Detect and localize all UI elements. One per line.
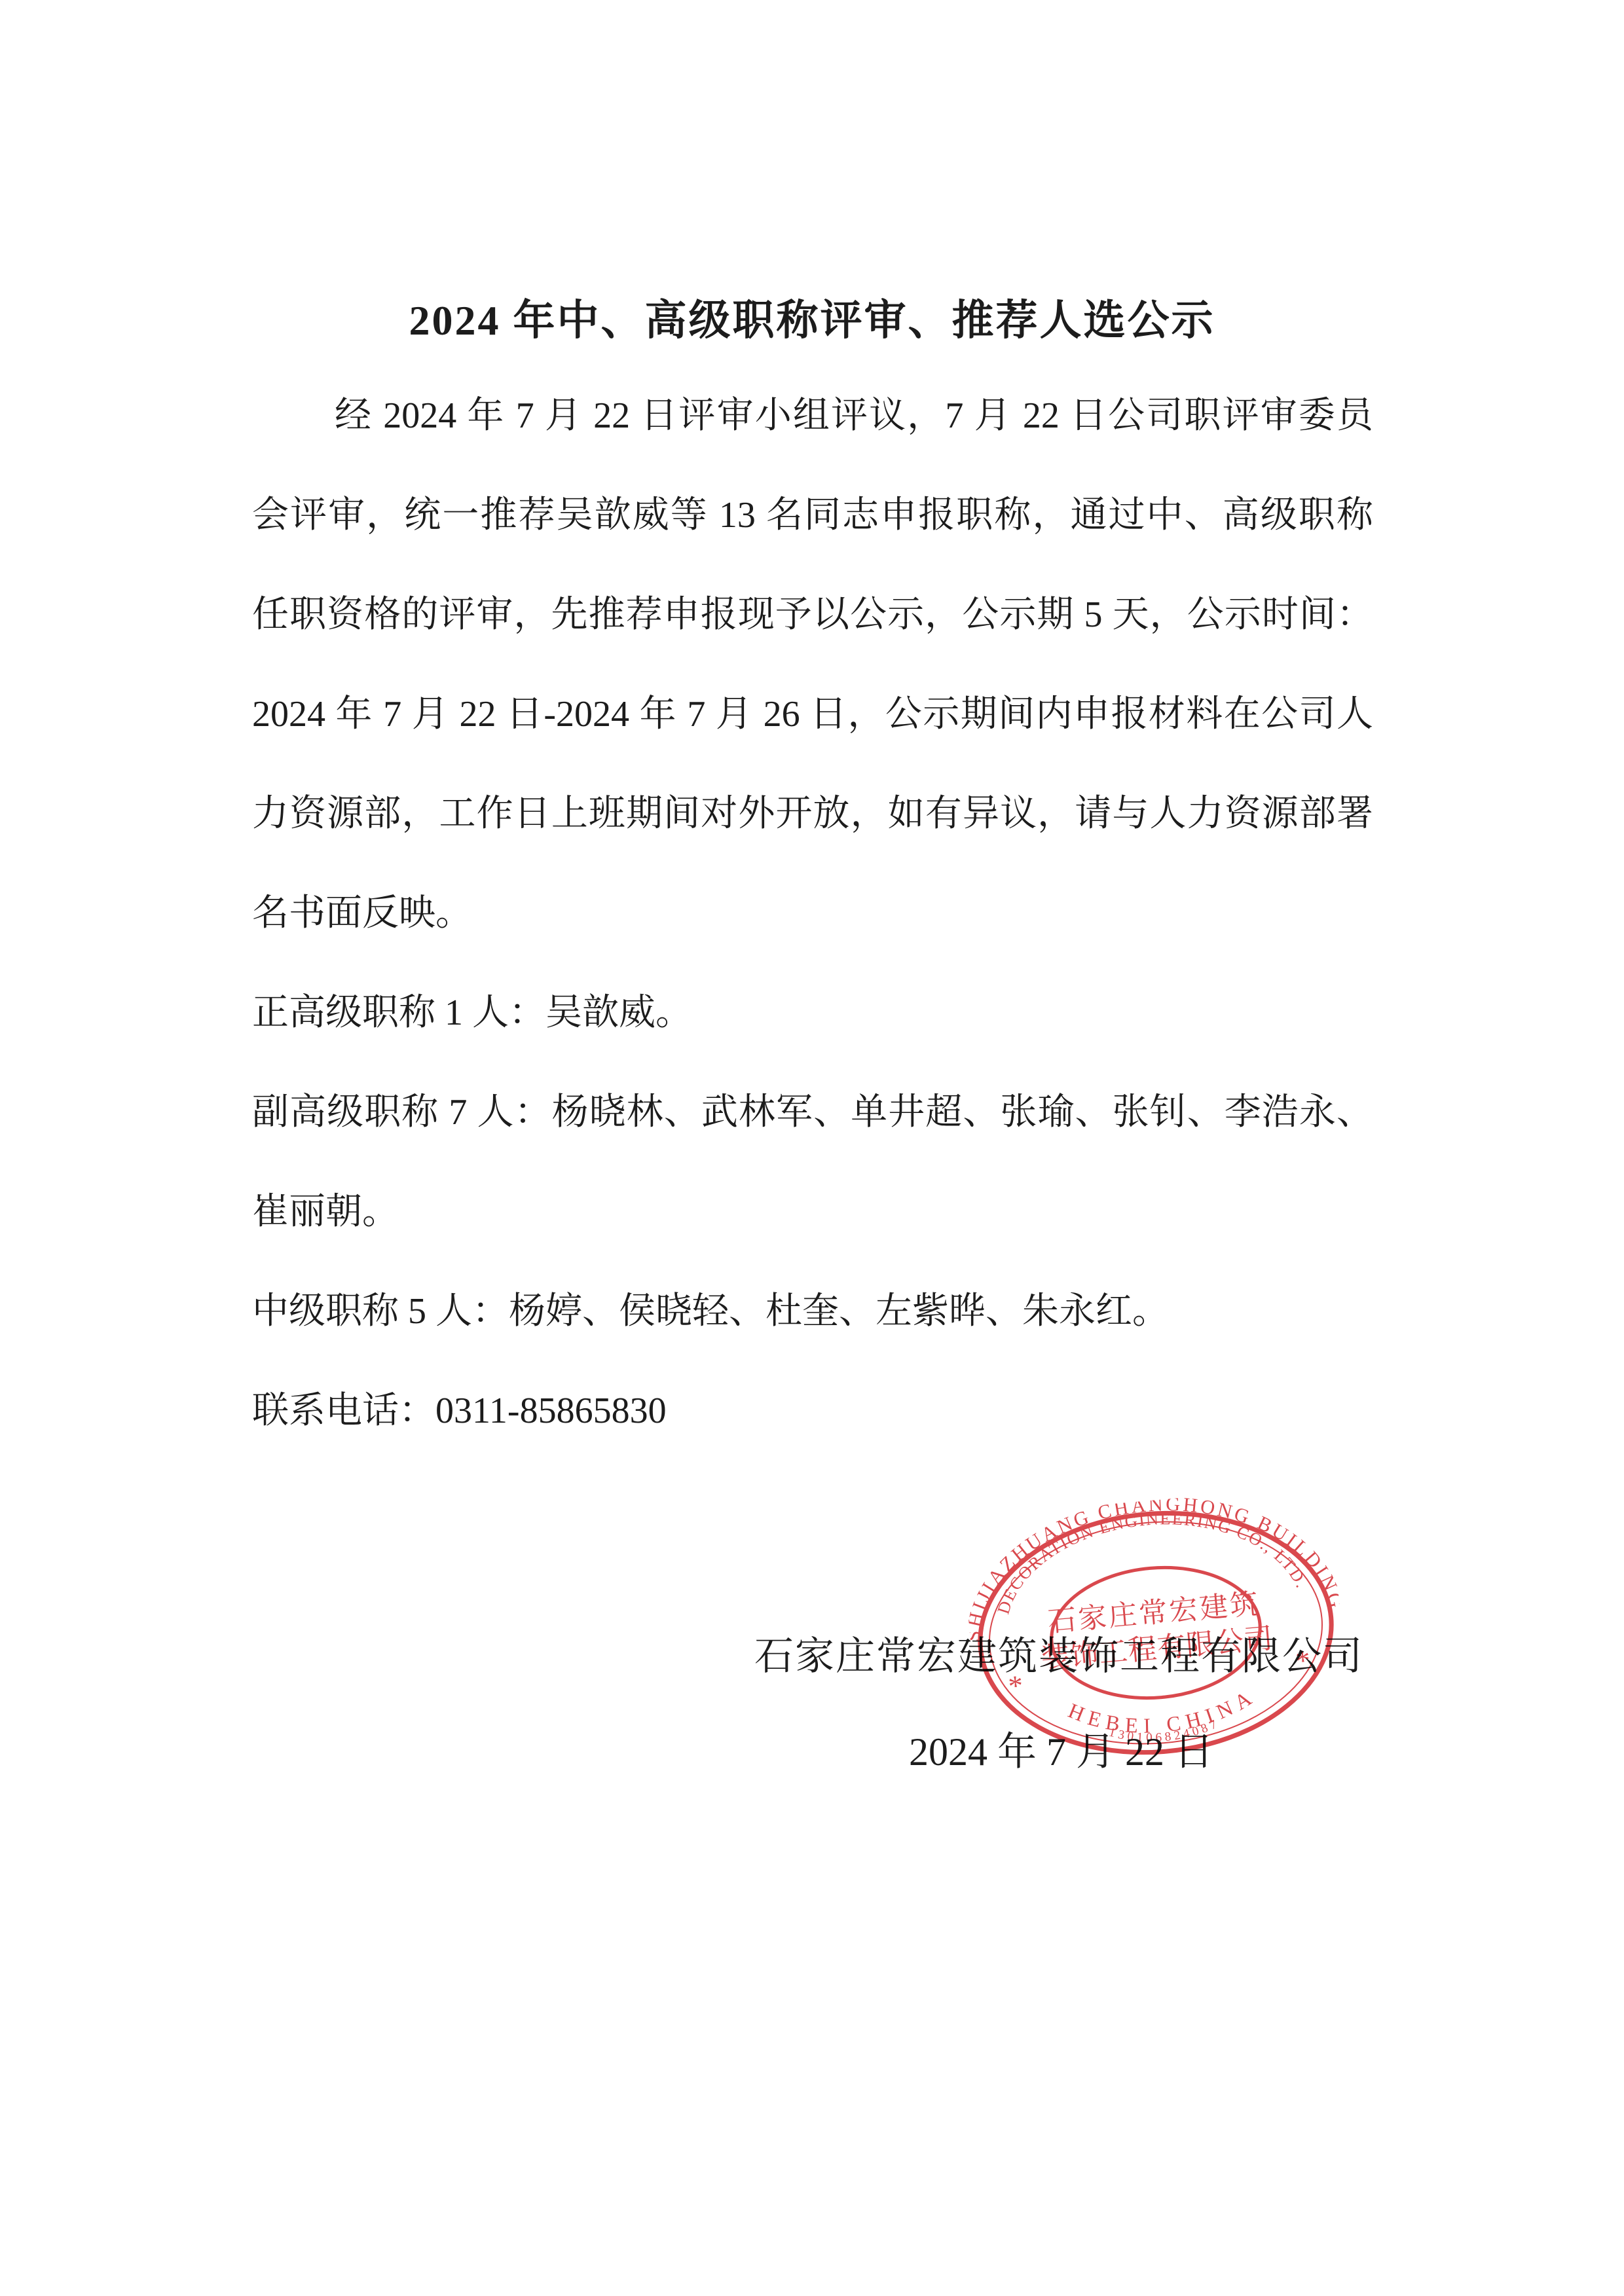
paragraph-line: 2024 年 7 月 22 日-2024 年 7 月 26 日，公示期间内申报材… — [252, 665, 1373, 764]
seal-star-left: * — [1007, 1669, 1024, 1703]
intermediate-title-list: 中级职称 5 人：杨婷、侯晓轻、杜奎、左紫晔、朱永红。 — [252, 1262, 1373, 1361]
document-page: 2024 年中、高级职称评审、推荐人选公示 经 2024 年 7 月 22 日评… — [0, 0, 1624, 2296]
company-seal-stamp: SHIJIAZHUANG CHANGHONG BUILDING DECORATI… — [959, 1485, 1352, 1781]
paragraph-line: 经 2024 年 7 月 22 日评审小组评议，7 月 22 日公司职评审委员 — [252, 366, 1373, 465]
deputy-senior-title-list-cont: 崔丽朝。 — [252, 1162, 1373, 1262]
seal-star-right: * — [1294, 1643, 1311, 1677]
deputy-senior-title-list: 副高级职称 7 人：杨晓林、武林军、单井超、张瑜、张钊、李浩永、 — [252, 1063, 1373, 1162]
document-body: 经 2024 年 7 月 22 日评审小组评议，7 月 22 日公司职评审委员 … — [252, 366, 1373, 1461]
paragraph-line: 会评审，统一推荐吴歆威等 13 名同志申报职称，通过中、高级职称 — [252, 465, 1373, 565]
contact-phone: 联系电话：0311-85865830 — [252, 1361, 1373, 1461]
page-title: 2024 年中、高级职称评审、推荐人选公示 — [0, 287, 1624, 347]
senior-full-title-list: 正高级职称 1 人：吴歆威。 — [252, 963, 1373, 1063]
paragraph-line: 力资源部，工作日上班期间对外开放，如有异议，请与人力资源部署 — [252, 764, 1373, 864]
paragraph-line: 名书面反映。 — [252, 864, 1373, 963]
paragraph-line: 任职资格的评审，先推荐申报现予以公示，公示期 5 天，公示时间： — [252, 565, 1373, 665]
